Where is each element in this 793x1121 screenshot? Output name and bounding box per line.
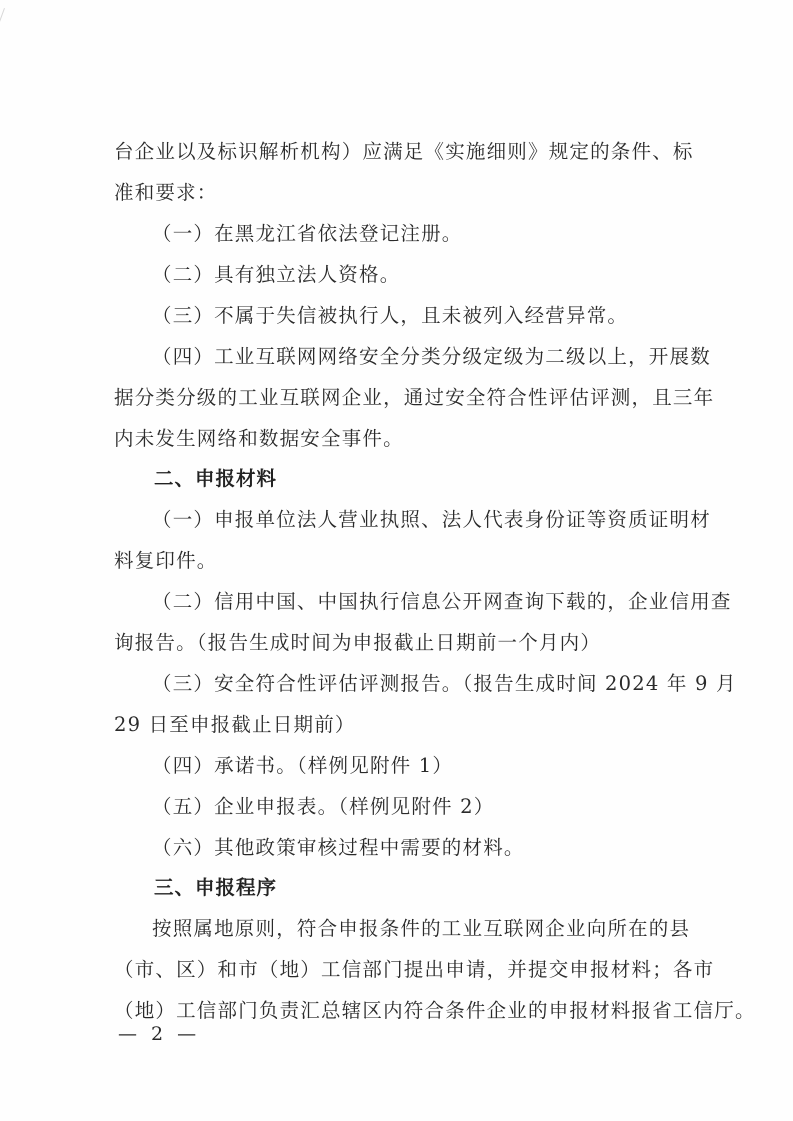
paragraph-line: 询报告。（报告生成时间为申报截止日期前一个月内） — [114, 631, 601, 655]
paragraph-line: 按照属地原则，符合申报条件的工业互联网企业向所在的县 — [152, 917, 690, 941]
list-item: （四）承诺书。（样例见附件 1） — [152, 754, 453, 778]
paragraph-line: （市、区）和市（地）工信部门提出申请，并提交申报材料；各市 — [114, 958, 714, 982]
list-item: （二）信用中国、中国执行信息公开网查询下载的，企业信用查 — [152, 590, 732, 614]
list-item: （六）其他政策审核过程中需要的材料。 — [152, 836, 525, 860]
paragraph-line: 准和要求： — [114, 181, 218, 205]
paragraph-line: 内未发生网络和数据安全事件。 — [114, 427, 404, 451]
list-item: （三）安全符合性评估评测报告。（报告生成时间 2024 年 9 月 — [152, 672, 737, 696]
list-item: （四）工业互联网网络安全分类分级定级为二级以上，开展数 — [152, 345, 711, 369]
paragraph-line: 料复印件。 — [114, 549, 218, 573]
scan-artifact — [0, 8, 5, 53]
list-item: （三）不属于失信被执行人，且未被列入经营异常。 — [152, 304, 628, 328]
list-item: （二）具有独立法人资格。 — [152, 263, 400, 287]
document-page: 台企业以及标识解析机构）应满足《实施细则》规定的条件、标 准和要求： （一）在黑… — [0, 0, 793, 1121]
paragraph-line: 29 日至申报截止日期前） — [114, 713, 356, 737]
page-number: — 2 — — [118, 1022, 200, 1046]
list-item: （一）在黑龙江省依法登记注册。 — [152, 222, 463, 246]
section-heading-materials: 二、申报材料 — [154, 467, 277, 491]
list-item: （五）企业申报表。（样例见附件 2） — [152, 795, 494, 819]
paragraph-line: 台企业以及标识解析机构）应满足《实施细则》规定的条件、标 — [114, 140, 694, 164]
paragraph-line: （地）工信部门负责汇总辖区内符合条件企业的申报材料报省工信厅。 — [114, 999, 756, 1023]
section-heading-procedure: 三、申报程序 — [154, 876, 277, 900]
paragraph-line: 据分类分级的工业互联网企业，通过安全符合性评估评测，且三年 — [114, 386, 714, 410]
list-item: （一）申报单位法人营业执照、法人代表身份证等资质证明材 — [152, 508, 711, 532]
